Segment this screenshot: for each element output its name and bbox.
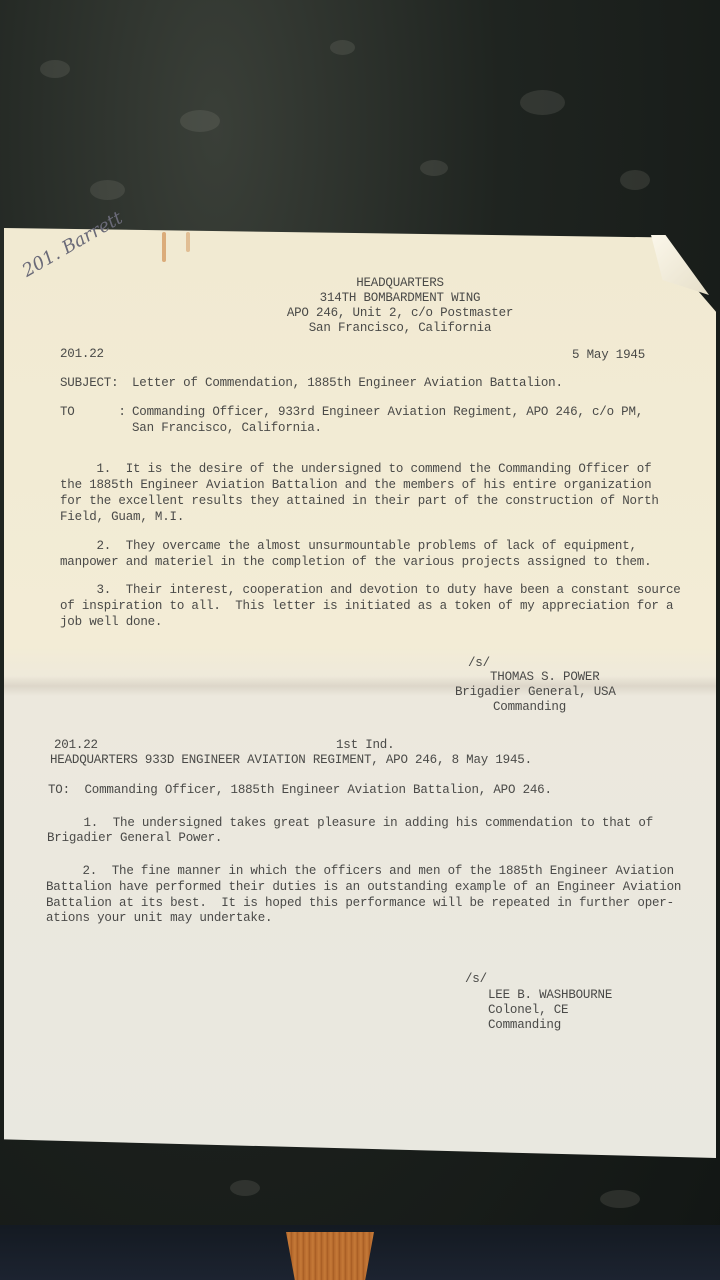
rust-stain	[186, 232, 190, 252]
wooden-object	[286, 1232, 374, 1280]
paragraph-line: Brigadier General Power.	[47, 831, 222, 847]
letter-date: 5 May 1945	[572, 348, 645, 364]
signer-role: Commanding	[488, 1018, 561, 1034]
signature-mark: /s/	[468, 656, 490, 672]
to-line: San Francisco, California.	[132, 421, 322, 437]
to-label: TO :	[60, 405, 126, 421]
paragraph-line: Battalion at its best. It is hoped this …	[46, 896, 674, 912]
paragraph-line: Battalion have performed their duties is…	[46, 880, 681, 896]
subject: Letter of Commendation, 1885th Engineer …	[132, 376, 563, 392]
paragraph-line: of inspiration to all. This letter is in…	[60, 599, 673, 615]
paragraph-line: 1. It is the desire of the undersigned t…	[60, 462, 651, 478]
paragraph-line: 2. The fine manner in which the officers…	[46, 864, 674, 880]
letterhead-line: 314TH BOMBARDMENT WING	[200, 291, 600, 307]
signer-name: LEE B. WASHBOURNE	[488, 988, 612, 1004]
signer-name: THOMAS S. POWER	[490, 670, 600, 686]
paragraph-line: for the excellent results they attained …	[60, 494, 659, 510]
rust-stain	[162, 232, 166, 262]
paragraph-line: manpower and materiel in the completion …	[60, 555, 651, 571]
paragraph-line: 2. They overcame the almost unsurmountab…	[60, 539, 637, 555]
to-line: Commanding Officer, 933rd Engineer Aviat…	[132, 405, 643, 421]
letterhead-line: San Francisco, California	[200, 321, 600, 337]
endorsement-header: HEADQUARTERS 933D ENGINEER AVIATION REGI…	[50, 753, 532, 769]
signer-role: Commanding	[493, 700, 566, 716]
paragraph-line: the 1885th Engineer Aviation Battalion a…	[60, 478, 651, 494]
file-number: 201.22	[60, 347, 104, 363]
letterhead-line: APO 246, Unit 2, c/o Postmaster	[200, 306, 600, 322]
signer-rank: Colonel, CE	[488, 1003, 568, 1019]
paragraph-line: 3. Their interest, cooperation and devot…	[60, 583, 681, 599]
indorsement-number: 1st Ind.	[336, 738, 394, 754]
paragraph-line: 1. The undersigned takes great pleasure …	[47, 816, 653, 832]
endorsement-to: TO: Commanding Officer, 1885th Engineer …	[48, 783, 552, 799]
letterhead-line: HEADQUARTERS	[200, 276, 600, 292]
paragraph-line: job well done.	[60, 615, 162, 631]
signature-mark: /s/	[465, 972, 487, 988]
signer-rank: Brigadier General, USA	[455, 685, 616, 701]
endorsement-file-number: 201.22	[54, 738, 98, 754]
subject-label: SUBJECT:	[60, 376, 118, 392]
paragraph-line: Field, Guam, M.I.	[60, 510, 184, 526]
paragraph-line: ations your unit may undertake.	[46, 911, 272, 927]
